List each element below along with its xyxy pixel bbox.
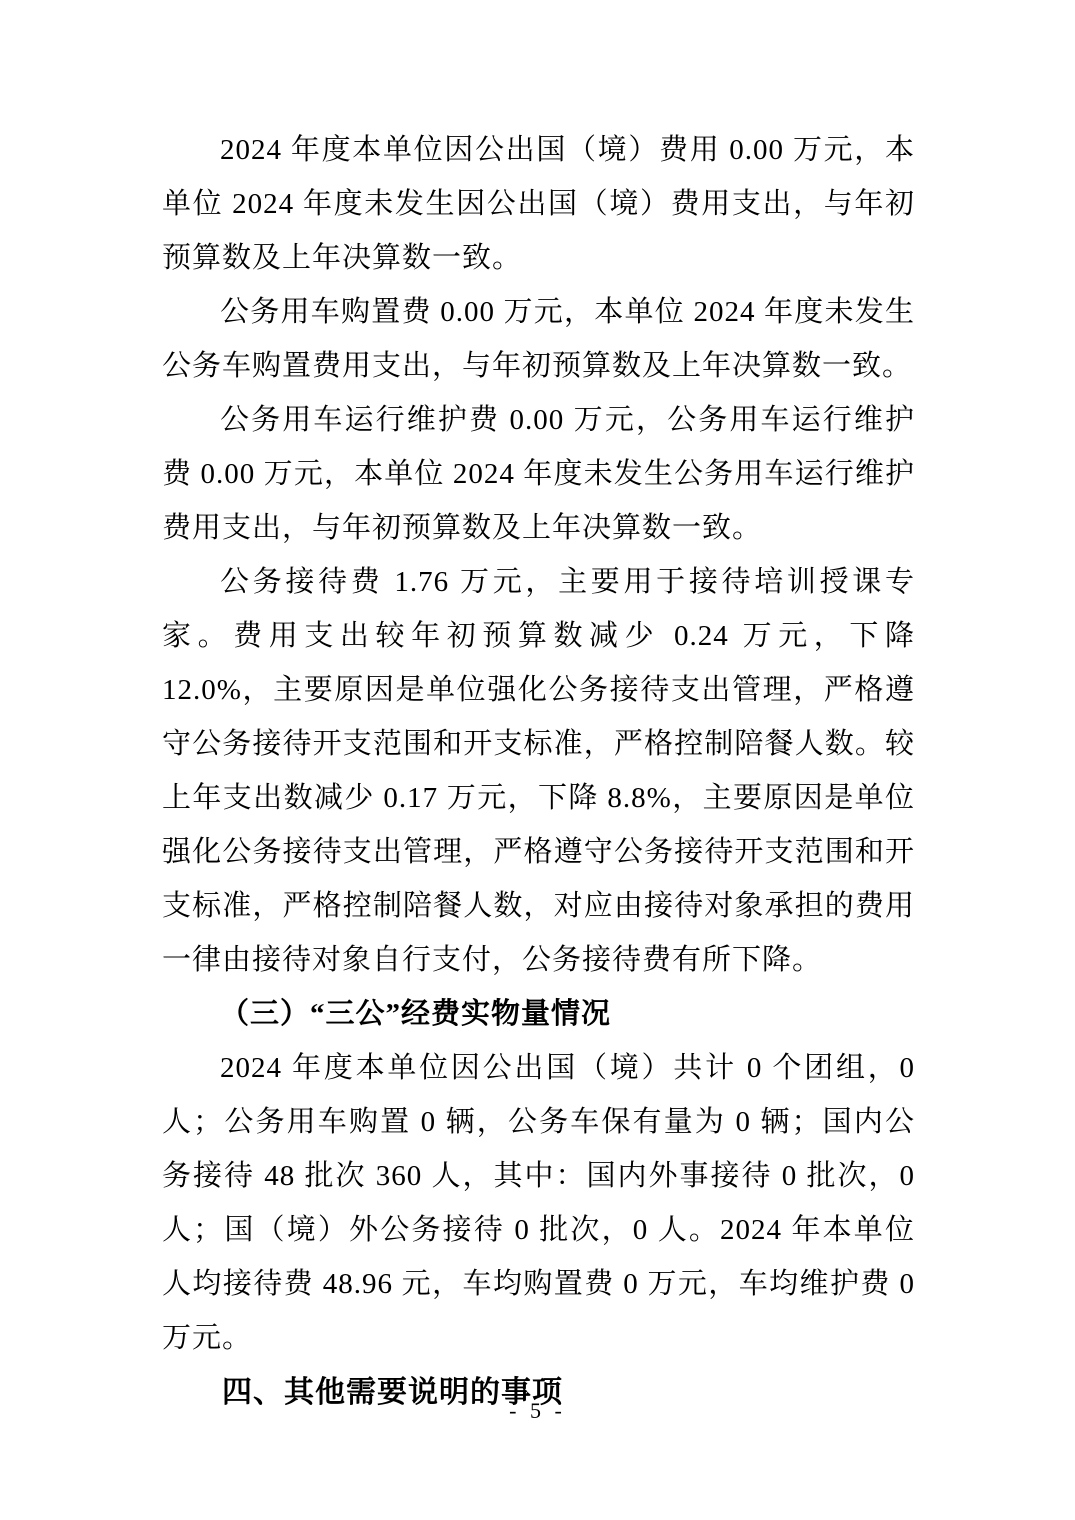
heading-physical-quantity: （三）“三公”经费实物量情况 [162,987,915,1041]
paragraph-overseas-expense: 2024 年度本单位因公出国（境）费用 0.00 万元，本单位 2024 年度未… [162,123,915,285]
document-body: 2024 年度本单位因公出国（境）费用 0.00 万元，本单位 2024 年度未… [162,123,915,1421]
paragraph-vehicle-purchase: 公务用车购置费 0.00 万元，本单位 2024 年度未发生公务车购置费用支出，… [162,285,915,393]
paragraph-vehicle-maintenance: 公务用车运行维护费 0.00 万元，公务用车运行维护费 0.00 万元，本单位 … [162,393,915,555]
page-footer: - 5 - [0,1398,1075,1424]
paragraph-physical-quantity: 2024 年度本单位因公出国（境）共计 0 个团组，0 人；公务用车购置 0 辆… [162,1041,915,1365]
document-page: 2024 年度本单位因公出国（境）费用 0.00 万元，本单位 2024 年度未… [0,0,1075,1520]
paragraph-reception-expense: 公务接待费 1.76 万元，主要用于接待培训授课专家。费用支出较年初预算数减少 … [162,555,915,987]
page-number: - 5 - [509,1398,566,1423]
